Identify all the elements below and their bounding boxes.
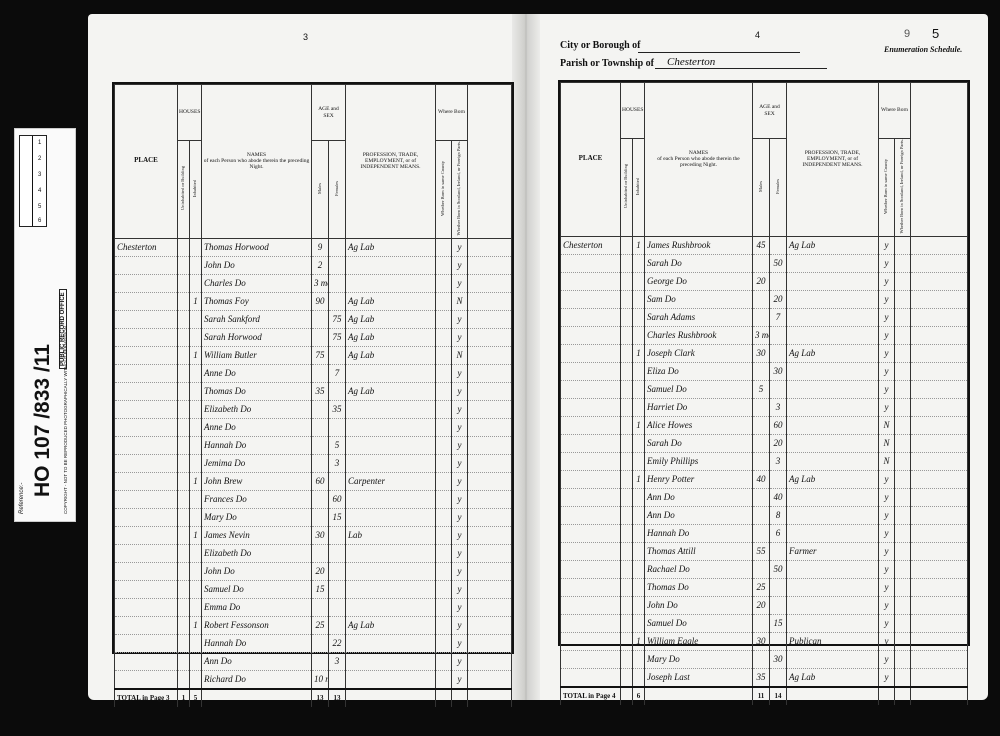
inhabited-cell	[190, 652, 202, 670]
uninhabited-cell	[178, 562, 190, 580]
born-foreign-cell	[895, 398, 911, 416]
person-name-cell: Hannah Do	[202, 634, 312, 652]
born-same-county-cell	[436, 274, 452, 292]
occupation-cell	[787, 290, 879, 308]
place-cell	[115, 490, 178, 508]
occupation-cell	[787, 452, 879, 470]
occupation-cell	[787, 434, 879, 452]
census-row: Hannah Do5y	[115, 436, 512, 454]
place-cell: Chesterton	[561, 236, 621, 254]
names-header: NAMESof each Person who abode therein th…	[202, 85, 312, 239]
born-same-county-cell: N	[879, 416, 895, 434]
born-same-county-cell: y	[879, 236, 895, 254]
place-cell	[115, 562, 178, 580]
census-row: Samuel Do15y	[561, 614, 968, 632]
inhabited-cell	[190, 508, 202, 526]
born-foreign-cell: y	[452, 454, 468, 472]
age-sex-header: AGE and SEX	[312, 85, 346, 141]
uninhabited-cell	[621, 416, 633, 434]
census-row: Anne Do7y	[115, 364, 512, 382]
person-name-cell: Anne Do	[202, 364, 312, 382]
blank-cell	[911, 272, 968, 290]
folio-number: 5	[932, 26, 939, 41]
houses-header: HOUSES	[621, 83, 645, 139]
born-foreign-cell: y	[452, 598, 468, 616]
place-cell	[115, 292, 178, 310]
blank-cell	[911, 632, 968, 650]
blank-cell	[911, 362, 968, 380]
born-same-county-cell: y	[879, 524, 895, 542]
place-cell	[561, 542, 621, 560]
uninhabited-cell	[621, 578, 633, 596]
age-male-cell	[312, 544, 329, 562]
born-foreign-cell: y	[452, 544, 468, 562]
age-male-cell	[312, 490, 329, 508]
blank-cell	[468, 364, 512, 382]
born-foreign-cell	[895, 524, 911, 542]
occupation-cell	[787, 272, 879, 290]
age-male-cell: 25	[753, 578, 770, 596]
census-row: Sarah Adams7y	[561, 308, 968, 326]
age-female-cell: 35	[329, 400, 346, 418]
born-foreign-cell	[895, 668, 911, 687]
inhabited-cell: 1	[190, 526, 202, 544]
born-foreign-cell: y	[452, 382, 468, 400]
census-row: George Do20y	[561, 272, 968, 290]
age-female-cell: 30	[770, 362, 787, 380]
age-female-cell	[770, 596, 787, 614]
census-row: Anne Doy	[115, 418, 512, 436]
uninhabited-cell	[178, 670, 190, 689]
uninhabited-cell	[621, 344, 633, 362]
blank-cell	[468, 454, 512, 472]
age-male-cell: 35	[312, 382, 329, 400]
born-same-county-cell: y	[879, 650, 895, 668]
uninhabited-cell	[178, 382, 190, 400]
city-borough-field	[638, 40, 800, 53]
census-row: John Do20y	[561, 596, 968, 614]
age-female-cell	[329, 670, 346, 689]
born-same-county-cell: y	[879, 380, 895, 398]
occupation-cell	[787, 524, 879, 542]
person-name-cell: Ann Do	[645, 506, 753, 524]
place-cell	[561, 668, 621, 687]
age-male-cell: 20	[312, 562, 329, 580]
age-female-cell	[329, 598, 346, 616]
born-foreign-cell	[895, 488, 911, 506]
census-row: John Do20y	[115, 562, 512, 580]
age-male-cell	[753, 254, 770, 272]
total-uninhabited	[621, 687, 633, 705]
age-male-cell: 40	[753, 470, 770, 488]
houses-header: HOUSES	[178, 85, 202, 141]
born-foreign-cell: N	[452, 346, 468, 364]
born-same-county-cell	[436, 328, 452, 346]
uninhabited-cell	[621, 308, 633, 326]
occupation-cell	[346, 652, 436, 670]
place-cell	[561, 596, 621, 614]
total-blank2	[346, 689, 436, 707]
born-foreign-cell: y	[452, 328, 468, 346]
born-foreign-cell: y	[452, 652, 468, 670]
person-name-cell: Sam Do	[645, 290, 753, 308]
person-name-cell: Ann Do	[202, 652, 312, 670]
born-same-county-cell	[436, 670, 452, 689]
inhabited-cell	[633, 668, 645, 687]
born-foreign-cell	[895, 632, 911, 650]
born-same-county-cell	[436, 418, 452, 436]
uninhabited-cell	[621, 272, 633, 290]
occupation-cell	[787, 416, 879, 434]
person-name-cell: Elizabeth Do	[202, 400, 312, 418]
right-census-page: PLACE HOUSES NAMESof each Person who abo…	[558, 80, 970, 646]
census-row: 1John Brew60Carpentery	[115, 472, 512, 490]
born-foreign-cell: y	[452, 634, 468, 652]
uninhabited-cell	[178, 616, 190, 634]
age-male-cell	[753, 398, 770, 416]
born-same-county-cell: N	[879, 452, 895, 470]
born-same-county-cell	[436, 562, 452, 580]
blank-cell	[468, 292, 512, 310]
place-cell	[561, 434, 621, 452]
born-foreign-cell: y	[452, 436, 468, 454]
age-male-cell: 3 mo	[753, 326, 770, 344]
blank-cell	[911, 326, 968, 344]
reference-label: Reference:-	[19, 483, 25, 514]
inhabited-cell	[633, 650, 645, 668]
born-same-county-cell: y	[879, 560, 895, 578]
uninhabited-cell	[621, 650, 633, 668]
uninhabited-cell	[621, 542, 633, 560]
born-foreign-cell: y	[452, 238, 468, 256]
total-females: 14	[770, 687, 787, 705]
born-same-county-cell	[436, 256, 452, 274]
census-row: Elizabeth Doy	[115, 544, 512, 562]
person-name-cell: Jemima Do	[202, 454, 312, 472]
occupation-cell	[787, 596, 879, 614]
person-name-cell: Joseph Clark	[645, 344, 753, 362]
occupation-cell: Farmer	[787, 542, 879, 560]
occupation-cell: Ag Lab	[787, 344, 879, 362]
born-same-county-cell: y	[879, 506, 895, 524]
census-row: 1William Eagle30Publicany	[561, 632, 968, 650]
person-name-cell: Sarah Horwood	[202, 328, 312, 346]
census-row: 1Thomas Foy90Ag LabN	[115, 292, 512, 310]
blank-cell	[911, 488, 968, 506]
occupation-cell: Carpenter	[346, 472, 436, 490]
born-foreign-cell: y	[452, 526, 468, 544]
born-foreign-cell: y	[452, 472, 468, 490]
born-foreign-cell	[895, 470, 911, 488]
born-same-county-cell	[436, 346, 452, 364]
born-foreign-cell	[895, 542, 911, 560]
age-male-cell	[753, 560, 770, 578]
born-foreign-cell	[895, 362, 911, 380]
born-same-county-cell	[436, 490, 452, 508]
census-row: Charles Do3 moy	[115, 274, 512, 292]
copyright-notice: COPYRIGHT - NOT TO BE REPRODUCED PHOTOGR…	[63, 326, 68, 514]
place-cell: Chesterton	[115, 238, 178, 256]
born-foreign-cell: y	[452, 616, 468, 634]
place-cell	[115, 580, 178, 598]
blank-cell	[911, 506, 968, 524]
inhabited-cell	[190, 382, 202, 400]
age-male-cell: 45	[753, 236, 770, 254]
place-cell	[561, 416, 621, 434]
born-same-county-cell	[436, 364, 452, 382]
born-same-county-cell: y	[879, 668, 895, 687]
occupation-cell	[346, 400, 436, 418]
total-blank2	[787, 687, 879, 705]
census-row: Harriet Do3y	[561, 398, 968, 416]
age-female-cell	[329, 274, 346, 292]
place-cell	[115, 616, 178, 634]
blank-cell	[468, 634, 512, 652]
blank-cell	[468, 490, 512, 508]
born-same-county-cell	[436, 580, 452, 598]
person-name-cell: Sarah Do	[645, 254, 753, 272]
census-row: Sarah Do20N	[561, 434, 968, 452]
total-inhabited: 5	[190, 689, 202, 707]
total-blank3	[879, 687, 895, 705]
born-same-county-cell: y	[879, 254, 895, 272]
inhabited-cell	[190, 238, 202, 256]
age-female-cell: 3	[329, 454, 346, 472]
total-blank5	[911, 687, 968, 705]
uninhabited-cell	[178, 256, 190, 274]
age-female-cell: 3	[329, 652, 346, 670]
place-cell	[115, 652, 178, 670]
blank-cell	[468, 238, 512, 256]
place-cell	[561, 254, 621, 272]
person-name-cell: Hannah Do	[202, 436, 312, 454]
place-cell	[561, 578, 621, 596]
blank-cell	[911, 236, 968, 254]
born-same-county-cell	[436, 544, 452, 562]
uninhabited-cell	[178, 310, 190, 328]
inhabited-cell	[633, 290, 645, 308]
age-female-cell	[329, 472, 346, 490]
inhabited-cell	[190, 634, 202, 652]
occupation-cell	[787, 254, 879, 272]
age-male-cell	[312, 328, 329, 346]
age-female-cell	[329, 580, 346, 598]
age-male-cell: 20	[753, 596, 770, 614]
census-row: Frances Do60y	[115, 490, 512, 508]
total-blank	[202, 689, 312, 707]
inhabited-cell	[190, 256, 202, 274]
blank-cell	[468, 328, 512, 346]
person-name-cell: Emma Do	[202, 598, 312, 616]
age-female-cell: 60	[770, 416, 787, 434]
uninhabited-cell	[178, 580, 190, 598]
person-name-cell: George Do	[645, 272, 753, 290]
inhabited-cell	[190, 274, 202, 292]
blank-cell	[468, 580, 512, 598]
place-cell	[115, 346, 178, 364]
blank-cell	[468, 616, 512, 634]
uninhabited-cell	[178, 526, 190, 544]
born-same-county-cell: y	[879, 308, 895, 326]
left-census-page: PLACE HOUSES NAMESof each Person who abo…	[112, 82, 514, 654]
place-cell	[561, 470, 621, 488]
occupation-cell	[346, 562, 436, 580]
age-male-cell	[312, 436, 329, 454]
age-male-cell: 20	[753, 272, 770, 290]
person-name-cell: William Eagle	[645, 632, 753, 650]
age-male-cell	[753, 614, 770, 632]
age-female-cell: 15	[770, 614, 787, 632]
total-label: TOTAL in Page 4	[561, 687, 621, 705]
place-cell	[561, 524, 621, 542]
age-male-cell: 5	[753, 380, 770, 398]
where-born-header: Where Born	[436, 85, 468, 141]
inhabited-cell	[190, 418, 202, 436]
blank-cell	[468, 346, 512, 364]
occupation-cell: Ag Lab	[346, 238, 436, 256]
age-male-cell	[312, 652, 329, 670]
uninhabited-cell	[178, 598, 190, 616]
age-female-cell: 5	[329, 436, 346, 454]
person-name-cell: Mary Do	[645, 650, 753, 668]
age-male-cell	[312, 364, 329, 382]
occupation-cell: Ag Lab	[787, 668, 879, 687]
born-foreign-cell	[895, 272, 911, 290]
born-same-county-cell: y	[879, 398, 895, 416]
born-same-county-cell: y	[879, 344, 895, 362]
occupation-cell: Ag Lab	[787, 470, 879, 488]
blank-cell	[911, 416, 968, 434]
born-same-county-cell: y	[879, 290, 895, 308]
place-cell	[561, 398, 621, 416]
inhabited-cell	[190, 562, 202, 580]
age-female-cell: 75	[329, 328, 346, 346]
age-male-cell	[312, 634, 329, 652]
person-name-cell: William Butler	[202, 346, 312, 364]
born-same-county-cell: y	[879, 578, 895, 596]
inhabited-cell	[190, 670, 202, 689]
person-name-cell: Harriet Do	[645, 398, 753, 416]
blank-cell	[468, 652, 512, 670]
person-name-cell: Samuel Do	[202, 580, 312, 598]
uninhabited-cell	[621, 488, 633, 506]
born-foreign-cell: y	[452, 364, 468, 382]
age-male-cell: 35	[753, 668, 770, 687]
blank-cell	[911, 614, 968, 632]
census-row: Ann Do3y	[115, 652, 512, 670]
uninhabited-cell	[178, 652, 190, 670]
born-foreign-cell	[895, 290, 911, 308]
born-foreign-cell	[895, 254, 911, 272]
inhabited-cell	[190, 598, 202, 616]
age-male-cell	[753, 524, 770, 542]
occupation-cell	[346, 418, 436, 436]
inhabited-cell	[633, 362, 645, 380]
person-name-cell: Joseph Last	[645, 668, 753, 687]
born-same-county-cell	[436, 598, 452, 616]
born-foreign-cell	[895, 326, 911, 344]
age-female-cell	[329, 256, 346, 274]
parish-field: Chesterton	[655, 56, 827, 69]
place-header: PLACE	[115, 85, 178, 239]
blank-cell	[911, 308, 968, 326]
age-female-cell: 20	[770, 434, 787, 452]
uninhabited-cell	[621, 236, 633, 254]
born-foreign-cell	[895, 596, 911, 614]
place-cell	[115, 526, 178, 544]
age-female-cell	[329, 382, 346, 400]
inhabited-cell	[633, 398, 645, 416]
inhabited-cell	[633, 524, 645, 542]
occupation-cell	[346, 598, 436, 616]
age-male-cell: 25	[312, 616, 329, 634]
scale-ruler: 1 2 3 4 5 6	[19, 135, 47, 227]
blank-cell	[911, 470, 968, 488]
age-male-cell	[753, 434, 770, 452]
census-row: Thomas Do35Ag Laby	[115, 382, 512, 400]
age-female-cell: 7	[329, 364, 346, 382]
uninhabited-cell	[621, 398, 633, 416]
uninhabited-cell	[178, 274, 190, 292]
age-male-cell: 90	[312, 292, 329, 310]
person-name-cell: Robert Fessonson	[202, 616, 312, 634]
born-foreign-cell	[895, 506, 911, 524]
blank-cell	[911, 290, 968, 308]
age-female-cell	[329, 292, 346, 310]
inhabited-cell: 1	[633, 416, 645, 434]
age-female-cell: 3	[770, 398, 787, 416]
age-female-cell	[770, 272, 787, 290]
total-males: 13	[312, 689, 329, 707]
age-male-cell	[753, 290, 770, 308]
person-name-cell: Charles Rushbrook	[645, 326, 753, 344]
age-female-cell	[770, 470, 787, 488]
uninhabited-cell	[178, 346, 190, 364]
census-row: Eliza Do30y	[561, 362, 968, 380]
place-cell	[115, 634, 178, 652]
inhabited-cell: 1	[633, 470, 645, 488]
inhabited-cell: 1	[190, 292, 202, 310]
age-female-cell: 8	[770, 506, 787, 524]
person-name-cell: John Brew	[202, 472, 312, 490]
place-cell	[115, 274, 178, 292]
uninhabited-cell	[621, 506, 633, 524]
census-row: Thomas Do25y	[561, 578, 968, 596]
occupation-cell: Ag Lab	[787, 236, 879, 254]
born-foreign-cell	[895, 380, 911, 398]
born-foreign-cell	[895, 344, 911, 362]
uninhabited-cell	[178, 436, 190, 454]
inhabited-cell	[190, 436, 202, 454]
born-same-county-cell	[436, 292, 452, 310]
age-female-cell: 30	[770, 650, 787, 668]
place-cell	[561, 560, 621, 578]
inhabited-cell	[633, 380, 645, 398]
age-male-cell	[753, 488, 770, 506]
occupation-cell	[787, 650, 879, 668]
blank-cell	[468, 310, 512, 328]
age-female-cell: 50	[770, 560, 787, 578]
blank-cell	[468, 256, 512, 274]
census-row: Mary Do15y	[115, 508, 512, 526]
place-cell	[115, 670, 178, 689]
total-uninhabited: 1	[178, 689, 190, 707]
person-name-cell: Richard Do	[202, 670, 312, 689]
occupation-cell	[346, 544, 436, 562]
place-cell	[115, 598, 178, 616]
right-page-number: 4	[755, 30, 760, 40]
born-same-county-cell: y	[879, 632, 895, 650]
